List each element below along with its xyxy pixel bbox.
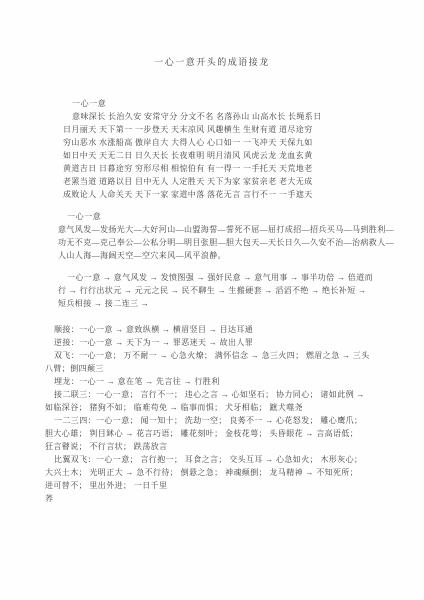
text-line: 行 → 行行出状元 → 元元之民 → 民不聊生 → 生搬硬套 → 滔滔不绝 → … [58, 284, 386, 297]
text-line: 比翼双飞：一心一意； 言行抱一； 耳食之言； 交头互耳 → 心急如火； 木形灰心… [45, 453, 386, 466]
text-line: 八臂；倒四颠三 [45, 362, 386, 375]
document-page: 一心一意开头的成语接龙 一心一意 意味深长 长治久安 安常守分 分文不名 名落孙… [0, 0, 424, 600]
text-line: 如临深谷； 猪狗不如； 临难苟免 → 临事而惧； 犬牙相临； 蹠犬噬尧 [45, 401, 386, 414]
section-dash-chain: 一心一意 意气风发—发扬光大—大好河山—山盟海誓—誓死不屈—屈打成招—招兵买马—… [40, 210, 386, 262]
text-line: 顺接：一心一意 → 意致纵横 → 横眉竖目 → 目达耳通 [45, 323, 386, 336]
text-line: 接二联三：一心一意； 言行不一； 违心之言 → 心如坚石； 协力同心； 诸如此例… [45, 388, 386, 401]
text-line: 荞 [45, 492, 386, 505]
section-arrow-chain: 一心一意 → 意气风发 → 发愤图强 → 强奸民意 → 意气用事 → 事半功倍 … [40, 271, 386, 310]
page-title: 一心一意开头的成语接龙 [0, 56, 424, 69]
document-content: 一心一意 意味深长 长治久安 安常守分 分文不名 名落孙山 山高水长 长绳系日 … [40, 97, 386, 505]
text-line: 一心一意 → 意气风发 → 发愤图强 → 强奸民意 → 意气用事 → 事半功倍 … [58, 271, 386, 284]
text-line: 逆接：一心一意 → 天下为一 → 罪恶迷天 → 故出人罪 [45, 336, 386, 349]
section-header: 一心一意 [58, 210, 386, 223]
text-line: 进可替不； 里出外进； 一日千里 [45, 479, 386, 492]
text-line: 成败论人 人命关天 天下一家 家道中落 落花无言 言行不一 一手遮天 [63, 188, 386, 201]
text-line: 日月丽天 天下第一 一步登天 天末凉风 风趣横生 生财有道 道尽途穷 [63, 123, 386, 136]
section-variant-games: 顺接：一心一意 → 意致纵横 → 横眉竖目 → 目达耳通 逆接：一心一意 → 天… [40, 323, 386, 505]
section-header: 一心一意 [63, 97, 386, 110]
section-plain-chain: 一心一意 意味深长 长治久安 安常守分 分文不名 名落孙山 山高水长 长绳系日 … [40, 97, 386, 201]
text-line: 一二三四：一心一意； 闻一知十； 洗劫一空； 良莠不一 → 心花怒发； 雕心鹰爪… [45, 414, 386, 427]
text-line: 如日中天 天无二日 日久天长 长夜难明 明月清风 风虎云龙 龙血玄黄 [63, 149, 386, 162]
text-line: 胆大心雄； 刿目鉥心 → 花言巧语； 雕花刻叶； 金枝花萼； 头昏眼花 → 言高… [45, 427, 386, 440]
text-line: 大兴土木； 光明正大 → 急不行待； 倒悬之急； 神魂颠倒； 龙马精神 → 不知… [45, 466, 386, 479]
text-line: 狂言瞽说； 不行言状； 跌荡放言 [45, 440, 386, 453]
text-line: 人山人海—海阔天空—空穴来风—风平浪静。 [58, 249, 386, 262]
text-line: 黄道吉日 日暮途穷 穷形尽相 相惊伯有 有一得一 一手托天 天荒地老 [63, 162, 386, 175]
text-line: 埋龙：一心一 → 意在笔 → 先言往 → 行胜利 [45, 375, 386, 388]
text-line: 短兵相接 → 接二连三 → [58, 297, 386, 310]
text-line: 意气风发—发扬光大—大好河山—山盟海誓—誓死不屈—屈打成招—招兵买马—马到胜利— [58, 223, 386, 236]
text-line: 双飞：一心一意； 万不耐一 → 心急火燎； 满怀信念 → 急三火四； 燃眉之急 … [45, 349, 386, 362]
text-line: 穷山恶水 水涨船高 傲岸自大 大得人心 心口如一 一飞冲天 天保九如 [63, 136, 386, 149]
text-line: 意味深长 长治久安 安常守分 分文不名 名落孙山 山高水长 长绳系日 [63, 110, 386, 123]
text-line: 老罴当道 道路以目 目中无人 人定胜天 天下为家 家贫亲老 老大无成 [63, 175, 386, 188]
text-line: 功无不克—克己奉公—公私分明—明目张胆—胆大包天—天长日久—久安不治—治病救人— [58, 236, 386, 249]
